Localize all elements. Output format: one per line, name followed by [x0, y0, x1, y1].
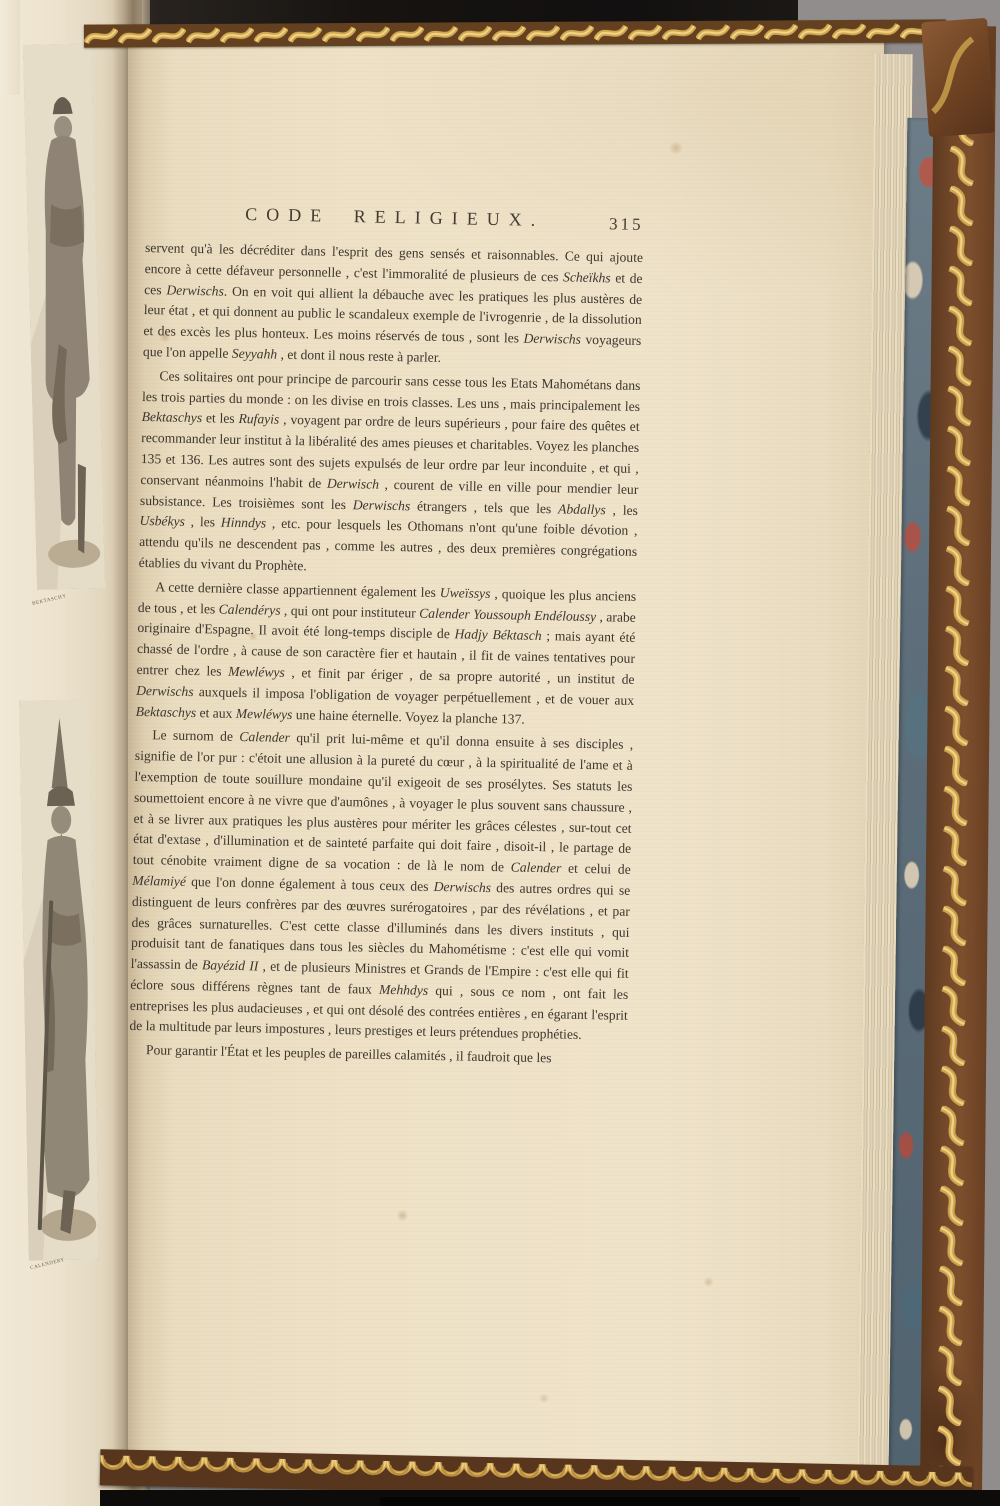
text-page: CODE RELIGIEUX. 315 servent qu'à les déc…: [128, 32, 884, 1476]
foxing-spot: [538, 1394, 550, 1403]
foxing-spot: [703, 1277, 714, 1287]
paragraph: Ces solitaires ont pour principe de parc…: [139, 366, 641, 584]
plate-engraving-2: [19, 699, 99, 1260]
paragraph: servent qu'à les décréditer dans l'espri…: [143, 238, 643, 373]
running-title: CODE RELIGIEUX.: [146, 202, 644, 233]
foxing-spot: [668, 142, 684, 154]
paragraph: A cette dernière classe appartiennent ég…: [136, 577, 637, 733]
text-block: CODE RELIGIEUX. 315 servent qu'à les déc…: [129, 202, 644, 1071]
plate-caption-1: BEKTASCHY: [32, 594, 67, 607]
facing-page-top-corner: [0, 0, 20, 95]
foxing-spot: [396, 1210, 409, 1221]
page-number: 315: [609, 214, 644, 235]
paragraph: Le surnom de Calender qu'il prit lui-mêm…: [129, 725, 633, 1047]
engraving-standing-dervish-2: [19, 699, 99, 1260]
leather-corner-patch: [921, 18, 995, 137]
leather-binding-right: [920, 26, 996, 1501]
plate-engraving-1: [23, 43, 105, 590]
gilt-rope-corner: [921, 18, 995, 137]
photo-of-open-book: { "page": { "header": { "title": "CODE R…: [0, 0, 1000, 1506]
gilt-rope-vertical: [920, 26, 996, 1501]
engraving-standing-dervish-1: [23, 43, 105, 590]
backdrop-dark-bottom-wedge: [380, 1497, 800, 1506]
